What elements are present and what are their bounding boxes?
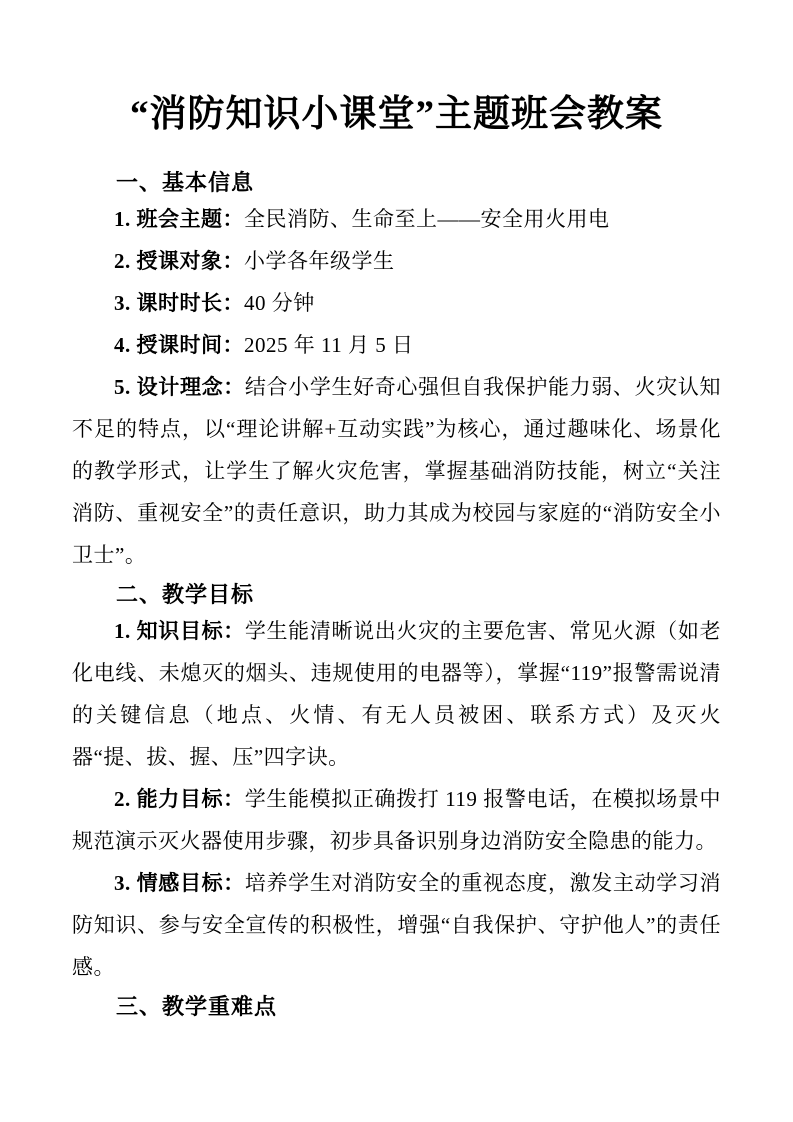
item-value: 小学各年级学生 [244, 249, 395, 273]
item-label: 3. 课时时长： [114, 291, 244, 315]
section-heading-teaching-goals: 二、教学目标 [72, 580, 721, 610]
section-heading-key-difficulties: 三、教学重难点 [72, 992, 721, 1022]
document-page: “消防知识小课堂”主题班会教案 一、基本信息 1. 班会主题：全民消防、生命至上… [0, 0, 793, 1122]
basic-info-item-topic: 1. 班会主题：全民消防、生命至上——安全用火用电 [72, 198, 721, 240]
item-value: 结合小学生好奇心强但自我保护能力弱、火灾认知不足的特点，以“理论讲解+互动实践”… [72, 375, 721, 567]
item-label: 1. 知识目标： [114, 619, 245, 643]
item-label: 4. 授课时间： [114, 333, 244, 357]
section-heading-basic-info: 一、基本信息 [72, 168, 721, 198]
goal-item-knowledge: 1. 知识目标：学生能清晰说出火灾的主要危害、常见火源（如老化电线、未熄灭的烟头… [72, 610, 721, 778]
basic-info-item-duration: 3. 课时时长：40 分钟 [72, 282, 721, 324]
item-label: 2. 能力目标： [114, 787, 245, 811]
goal-item-ability: 2. 能力目标：学生能模拟正确拨打 119 报警电话，在模拟场景中规范演示灭火器… [72, 778, 721, 862]
item-label: 1. 班会主题： [114, 207, 244, 231]
goal-item-emotion: 3. 情感目标：培养学生对消防安全的重视态度，激发主动学习消防知识、参与安全宣传… [72, 862, 721, 988]
basic-info-item-design-concept: 5. 设计理念：结合小学生好奇心强但自我保护能力弱、火灾认知不足的特点，以“理论… [72, 366, 721, 576]
basic-info-item-audience: 2. 授课对象：小学各年级学生 [72, 240, 721, 282]
item-label: 5. 设计理念： [114, 375, 245, 399]
basic-info-item-date: 4. 授课时间：2025 年 11 月 5 日 [72, 324, 721, 366]
item-label: 3. 情感目标： [114, 871, 245, 895]
item-label: 2. 授课对象： [114, 249, 244, 273]
document-title: “消防知识小课堂”主题班会教案 [72, 90, 721, 140]
item-value: 40 分钟 [244, 291, 315, 315]
item-value: 全民消防、生命至上——安全用火用电 [244, 207, 610, 231]
item-value: 2025 年 11 月 5 日 [244, 333, 413, 357]
